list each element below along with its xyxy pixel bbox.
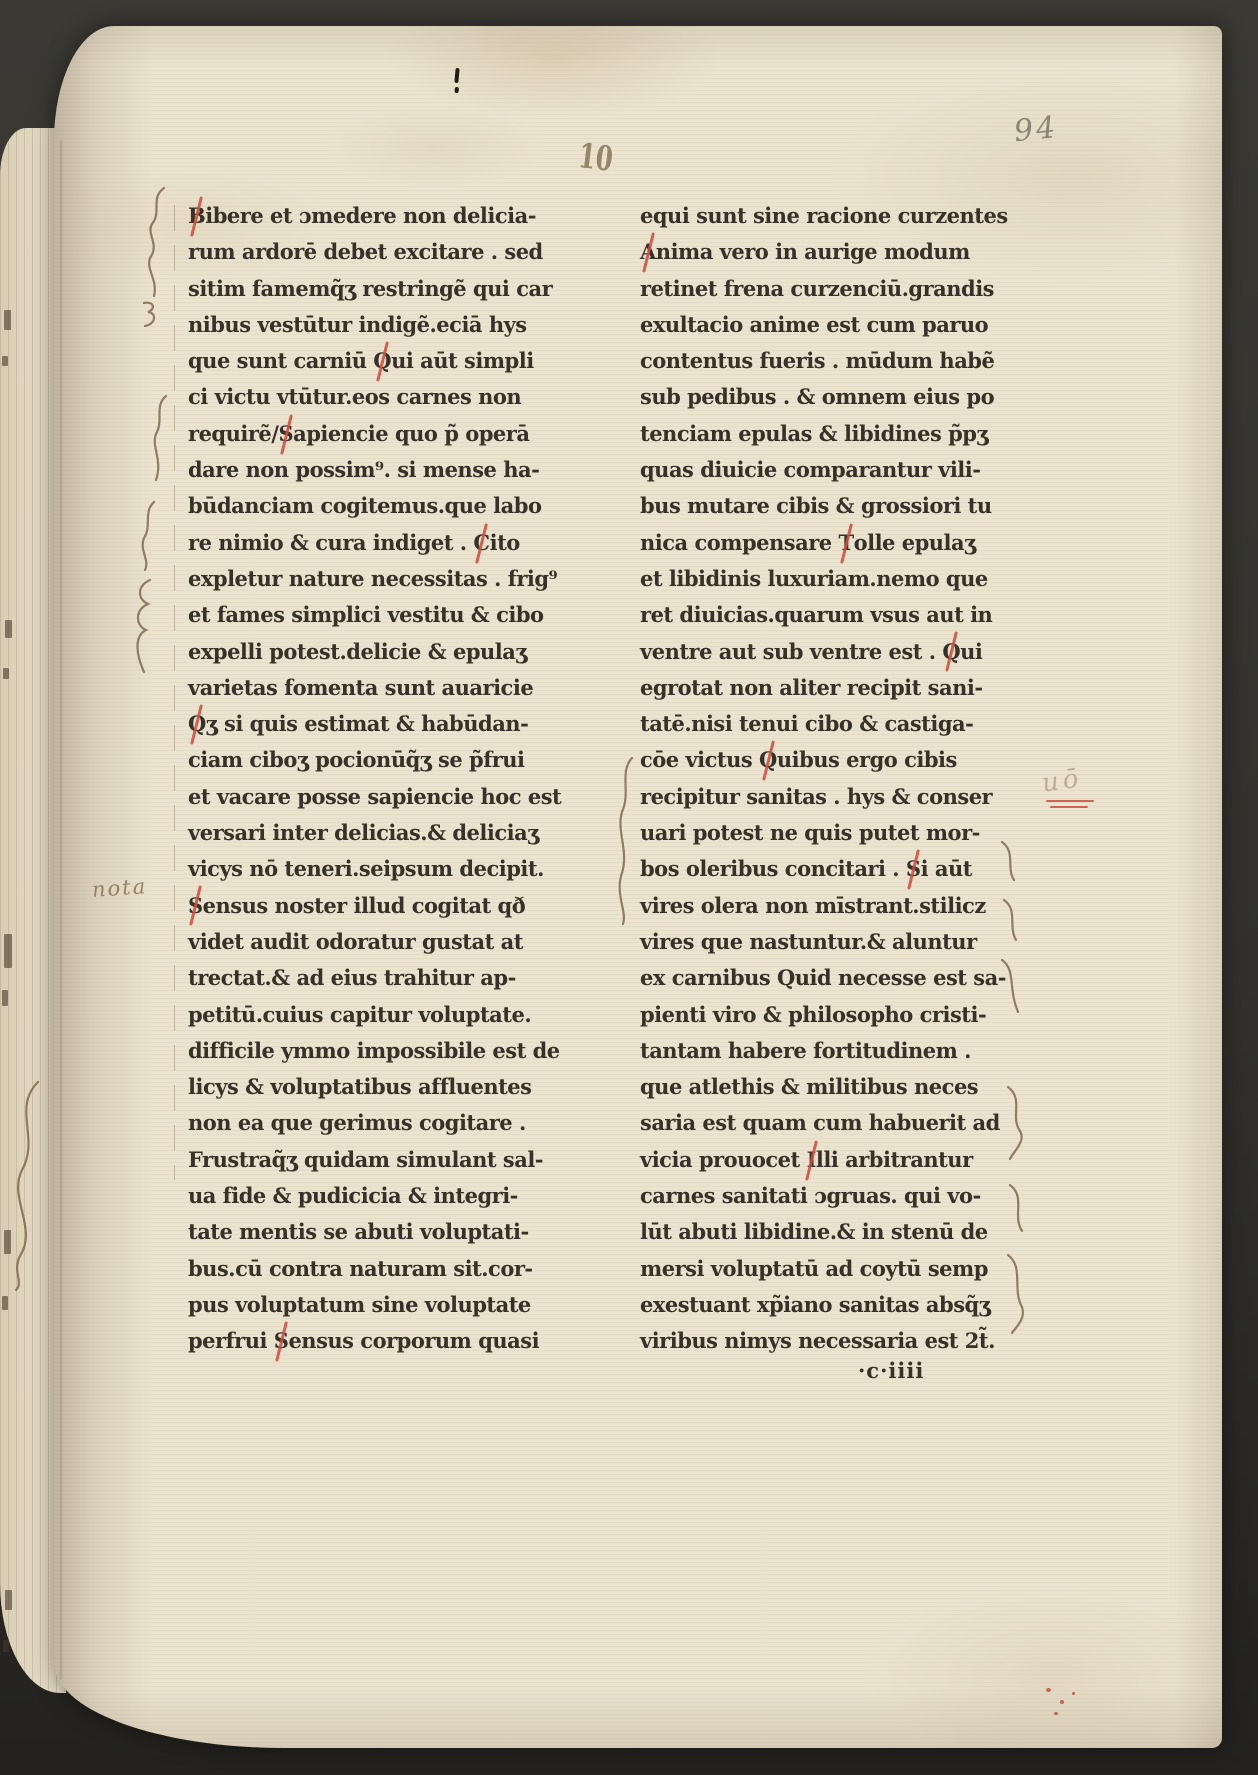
text-line: expletur nature necessitas . frig⁹ (188, 561, 560, 597)
text-line: requirẽ/Sapiencie quo p̃ operā (188, 416, 560, 452)
text-line: quas diuicie comparantur vili- (640, 452, 1012, 488)
pen-bracket (136, 500, 160, 572)
text-line: Bibere et ɔmedere non delicia- (188, 198, 560, 234)
red-speckle (1046, 1688, 1051, 1692)
text-line: bus mutare cibis & grossiori tu (640, 488, 1012, 524)
text-line: ciam ciboʒ pocionūq̃ʒ se p̃frui (188, 742, 560, 778)
text-line: Sensus noster illud cogitat qð (188, 888, 560, 924)
rubricated-initial: Q (188, 706, 206, 742)
text-line: pienti viro & philosopho cristi- (640, 997, 1012, 1033)
showthrough-mark (4, 934, 12, 968)
showthrough-mark (5, 1590, 12, 1610)
rubricated-initial: B (188, 198, 205, 234)
text-line: Frustraq̃ʒ quidam simulant sal- (188, 1142, 560, 1178)
text-line: dare non possim⁹. si mense ha- (188, 452, 560, 488)
text-line: lūt abuti libidine.& in stenū de (640, 1214, 1012, 1250)
showthrough-mark (5, 620, 12, 638)
text-line: ret diuicias.quarum vsus aut in (640, 597, 1012, 633)
text-line: viribus nimys necessaria est 2t̃. (640, 1323, 1012, 1359)
foliation-mark: 10 (576, 136, 615, 180)
text-line: sitim famemq̃ʒ restringẽ qui car (188, 271, 560, 307)
red-underline (1046, 800, 1094, 802)
text-line: uari potest ne quis putet mor- (640, 815, 1012, 851)
text-line: recipitur sanitas . hys & conser (640, 779, 1012, 815)
text-line: būdanciam cogitemus.que labo (188, 488, 560, 524)
text-line: ua fide & pudicicia & integri- (188, 1178, 560, 1214)
text-line: tantam habere fortitudinem . (640, 1033, 1012, 1069)
text-line: trectat.& ad eius trahitur ap- (188, 960, 560, 996)
red-speckle (1060, 1700, 1064, 1704)
text-line: nica compensare Tolle epulaʒ (640, 525, 1012, 561)
rubricated-initial: C (473, 525, 489, 561)
showthrough-mark (2, 356, 8, 366)
text-line: saria est quam cum habuerit ad (640, 1105, 1012, 1141)
red-underline (1050, 806, 1088, 808)
text-line: exultacio anime est cum paruo (640, 307, 1012, 343)
text-column-left: Bibere et ɔmedere non delicia-rum ardorē… (188, 198, 560, 1360)
text-line: licys & voluptatibus affluentes (188, 1069, 560, 1105)
page-number-pencil: 94 (1012, 110, 1060, 149)
text-line: expelli potest.delicie & epulaʒ (188, 634, 560, 670)
red-speckle (1072, 1692, 1075, 1695)
text-line: sub pedibus . & omnem eius po (640, 379, 1012, 415)
text-line: tatē.nisi tenui cibo & castiga- (640, 706, 1012, 742)
text-line: re nimio & cura indiget . Cito (188, 525, 560, 561)
text-line: vicys nō teneri.seipsum decipit. (188, 851, 560, 887)
rubricated-initial: Q (942, 634, 960, 670)
text-line: petitū.cuius capitur voluptate. (188, 997, 560, 1033)
red-speckle (1054, 1712, 1058, 1715)
text-line: et libidinis luxuriam.nemo que (640, 561, 1012, 597)
rubricated-initial: T (838, 525, 853, 561)
text-line: vicia prouocet Illi arbitrantur (640, 1142, 1012, 1178)
rubricated-initial: S (278, 416, 293, 452)
gutter-squiggle (8, 1080, 46, 1292)
pen-bracket (1000, 1085, 1032, 1335)
text-line: Qʒ si quis estimat & habūdan- (188, 706, 560, 742)
pen-bracket (148, 394, 172, 482)
text-line: videt audit odoratur gustat at (188, 924, 560, 960)
text-line: et fames simplici vestitu & cibo (188, 597, 560, 633)
text-line: ex carnibus Quid necesse est sa- (640, 960, 1012, 996)
text-line: mersi voluptatū ad coytū semp (640, 1251, 1012, 1287)
pen-bracket-double (128, 578, 156, 674)
text-line: equi sunt sine racione curzentes (640, 198, 1012, 234)
text-line: pus voluptatum sine voluptate (188, 1287, 560, 1323)
text-line: tate mentis se abuti voluptati- (188, 1214, 560, 1250)
text-line: que atlethis & militibus neces (640, 1069, 1012, 1105)
showthrough-mark (2, 1296, 8, 1310)
pen-mark-z (140, 300, 162, 328)
pen-bracket (144, 186, 172, 298)
text-line: exestuant xp̃iano sanitas absq̃ʒ (640, 1287, 1012, 1323)
rubricated-initial: Q (373, 343, 391, 379)
text-line: vires que nastuntur.& aluntur (640, 924, 1012, 960)
showthrough-mark (2, 990, 8, 1006)
text-line: que sunt carniū Qui aūt simpli (188, 343, 560, 379)
pen-bracket (614, 756, 638, 926)
text-line: cōe victus Quibus ergo cibis (640, 742, 1012, 778)
rubricated-initial: S (274, 1323, 289, 1359)
text-line: et vacare posse sapiencie hoc est (188, 779, 560, 815)
text-line: vires olera non mīstrant.stilicz (640, 888, 1012, 924)
margin-note-right: uō (1040, 763, 1084, 798)
scan-background: Bibere et ɔmedere non delicia-rum ardorē… (0, 0, 1258, 1775)
text-line: nibus vestūtur indigẽ.eciā hys (188, 307, 560, 343)
text-line: tenciam epulas & libidines p̃pʒ (640, 416, 1012, 452)
text-line: retinet frena curzenciū.grandis (640, 271, 1012, 307)
text-line: bos oleribus concitari . Si aūt (640, 851, 1012, 887)
text-line: non ea que gerimus cogitare . (188, 1105, 560, 1141)
text-line: rum ardorē debet excitare . sed (188, 234, 560, 270)
rubricated-initial: A (640, 234, 656, 270)
quire-signature: ·c·iiii (858, 1358, 924, 1383)
text-line: varietas fomenta sunt auaricie (188, 670, 560, 706)
text-line: Anima vero in aurige modum (640, 234, 1012, 270)
text-line: difficile ymmo impossibile est de (188, 1033, 560, 1069)
ruling-line (174, 205, 175, 1180)
rubricated-initial: S (188, 888, 203, 924)
rubricated-initial: Q (759, 742, 777, 778)
text-line: ventre aut sub ventre est . Qui (640, 634, 1012, 670)
nota-annotation: nota (91, 874, 148, 902)
text-line: perfrui Sensus corporum quasi (188, 1323, 560, 1359)
showthrough-mark (3, 1640, 9, 1652)
text-line: bus.cū contra naturam sit.cor- (188, 1251, 560, 1287)
text-line: egrotat non aliter recipit sani- (640, 670, 1012, 706)
text-line: contentus fueris . mūdum habẽ (640, 343, 1012, 379)
text-column-right: equi sunt sine racione curzentesAnima ve… (640, 198, 1012, 1360)
pen-bracket (996, 840, 1026, 1015)
showthrough-mark (3, 668, 9, 679)
text-line: ci victu vtūtur.eos carnes non (188, 379, 560, 415)
rubricated-initial: I (807, 1142, 816, 1178)
showthrough-mark (4, 310, 11, 330)
text-line: versari inter delicias.& deliciaʒ (188, 815, 560, 851)
rubricated-initial: S (906, 851, 921, 887)
text-line: carnes sanitati ɔgruas. qui vo- (640, 1178, 1012, 1214)
gutter-fold-line (60, 140, 62, 1680)
